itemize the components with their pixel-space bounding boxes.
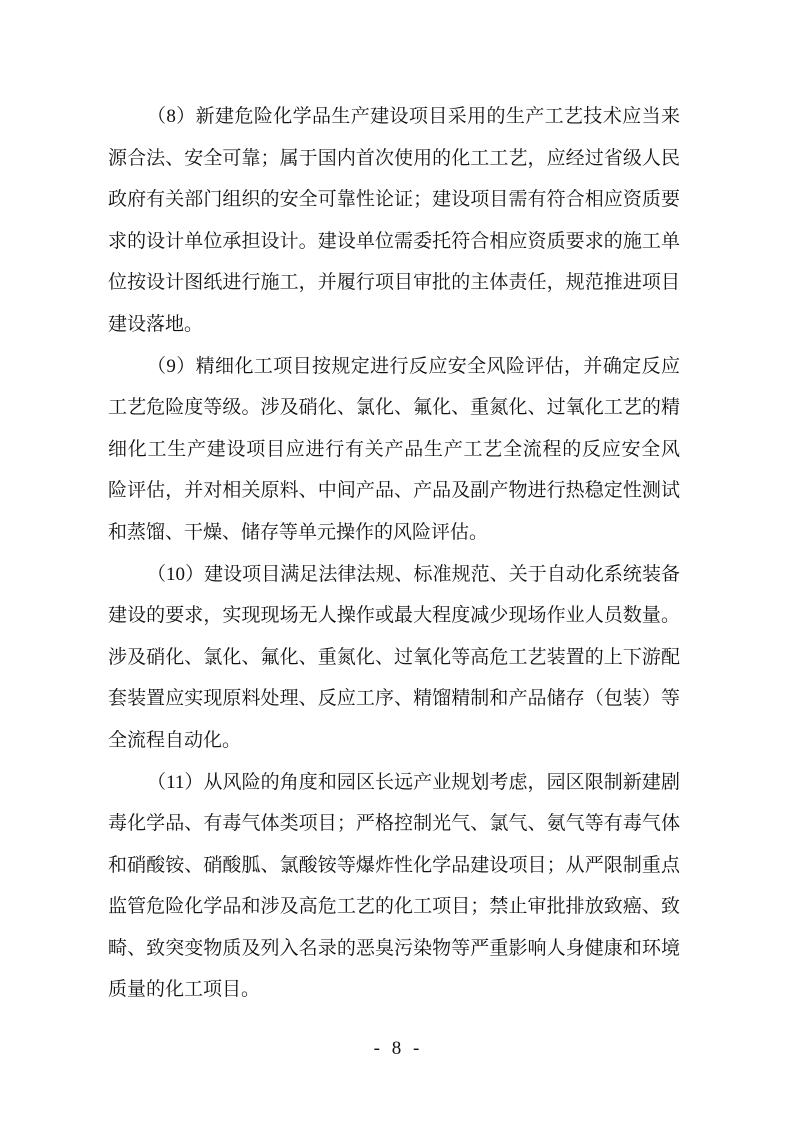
text-line: 和硝酸铵、硝酸胍、氯酸铵等爆炸性化学品建设项目；从严限制重点: [108, 845, 680, 887]
paragraph: （10）建设项目满足法律法规、标准规范、关于自动化系统装备建设的要求，实现现场无…: [108, 554, 680, 762]
document-page: （8）新建危险化学品生产建设项目采用的生产工艺技术应当来源合法、安全可靠；属于国…: [0, 0, 793, 1122]
page-number: - 8 -: [374, 1038, 420, 1059]
text-line: 细化工生产建设项目应进行有关产品生产工艺全流程的反应安全风: [108, 429, 680, 471]
text-line: （10）建设项目满足法律法规、标准规范、关于自动化系统装备: [108, 554, 680, 596]
text-line: 建设落地。: [108, 304, 680, 346]
paragraph: （8）新建危险化学品生产建设项目采用的生产工艺技术应当来源合法、安全可靠；属于国…: [108, 96, 680, 346]
text-block: （8）新建危险化学品生产建设项目采用的生产工艺技术应当来源合法、安全可靠；属于国…: [108, 96, 680, 1011]
text-line: （8）新建危险化学品生产建设项目采用的生产工艺技术应当来: [108, 96, 680, 138]
text-line: 工艺危险度等级。涉及硝化、氯化、氟化、重氮化、过氧化工艺的精: [108, 387, 680, 429]
text-line: 畸、致突变物质及列入名录的恶臭污染物等严重影响人身健康和环境: [108, 928, 680, 970]
text-line: 和蒸馏、干燥、储存等单元操作的风险评估。: [108, 512, 680, 554]
text-line: 位按设计图纸进行施工，并履行项目审批的主体责任，规范推进项目: [108, 262, 680, 304]
text-line: 毒化学品、有毒气体类项目；严格控制光气、氯气、氨气等有毒气体: [108, 803, 680, 845]
text-line: 建设的要求，实现现场无人操作或最大程度减少现场作业人员数量。: [108, 595, 680, 637]
paragraph: （11）从风险的角度和园区长远产业规划考虑，园区限制新建剧毒化学品、有毒气体类项…: [108, 762, 680, 1012]
text-line: 政府有关部门组织的安全可靠性论证；建设项目需有符合相应资质要: [108, 179, 680, 221]
text-line: 质量的化工项目。: [108, 969, 680, 1011]
paragraph: （9）精细化工项目按规定进行反应安全风险评估，并确定反应工艺危险度等级。涉及硝化…: [108, 346, 680, 554]
page-footer: - 8 -: [0, 1036, 793, 1062]
text-line: （9）精细化工项目按规定进行反应安全风险评估，并确定反应: [108, 346, 680, 388]
text-line: 监管危险化学品和涉及高危工艺的化工项目；禁止审批排放致癌、致: [108, 886, 680, 928]
text-line: 涉及硝化、氯化、氟化、重氮化、过氧化等高危工艺装置的上下游配: [108, 637, 680, 679]
text-line: 求的设计单位承担设计。建设单位需委托符合相应资质要求的施工单: [108, 221, 680, 263]
text-line: 险评估，并对相关原料、中间产品、产品及副产物进行热稳定性测试: [108, 470, 680, 512]
text-line: 套装置应实现原料处理、反应工序、精馏精制和产品储存（包装）等: [108, 678, 680, 720]
text-line: 全流程自动化。: [108, 720, 680, 762]
text-line: （11）从风险的角度和园区长远产业规划考虑，园区限制新建剧: [108, 762, 680, 804]
text-line: 源合法、安全可靠；属于国内首次使用的化工工艺，应经过省级人民: [108, 138, 680, 180]
